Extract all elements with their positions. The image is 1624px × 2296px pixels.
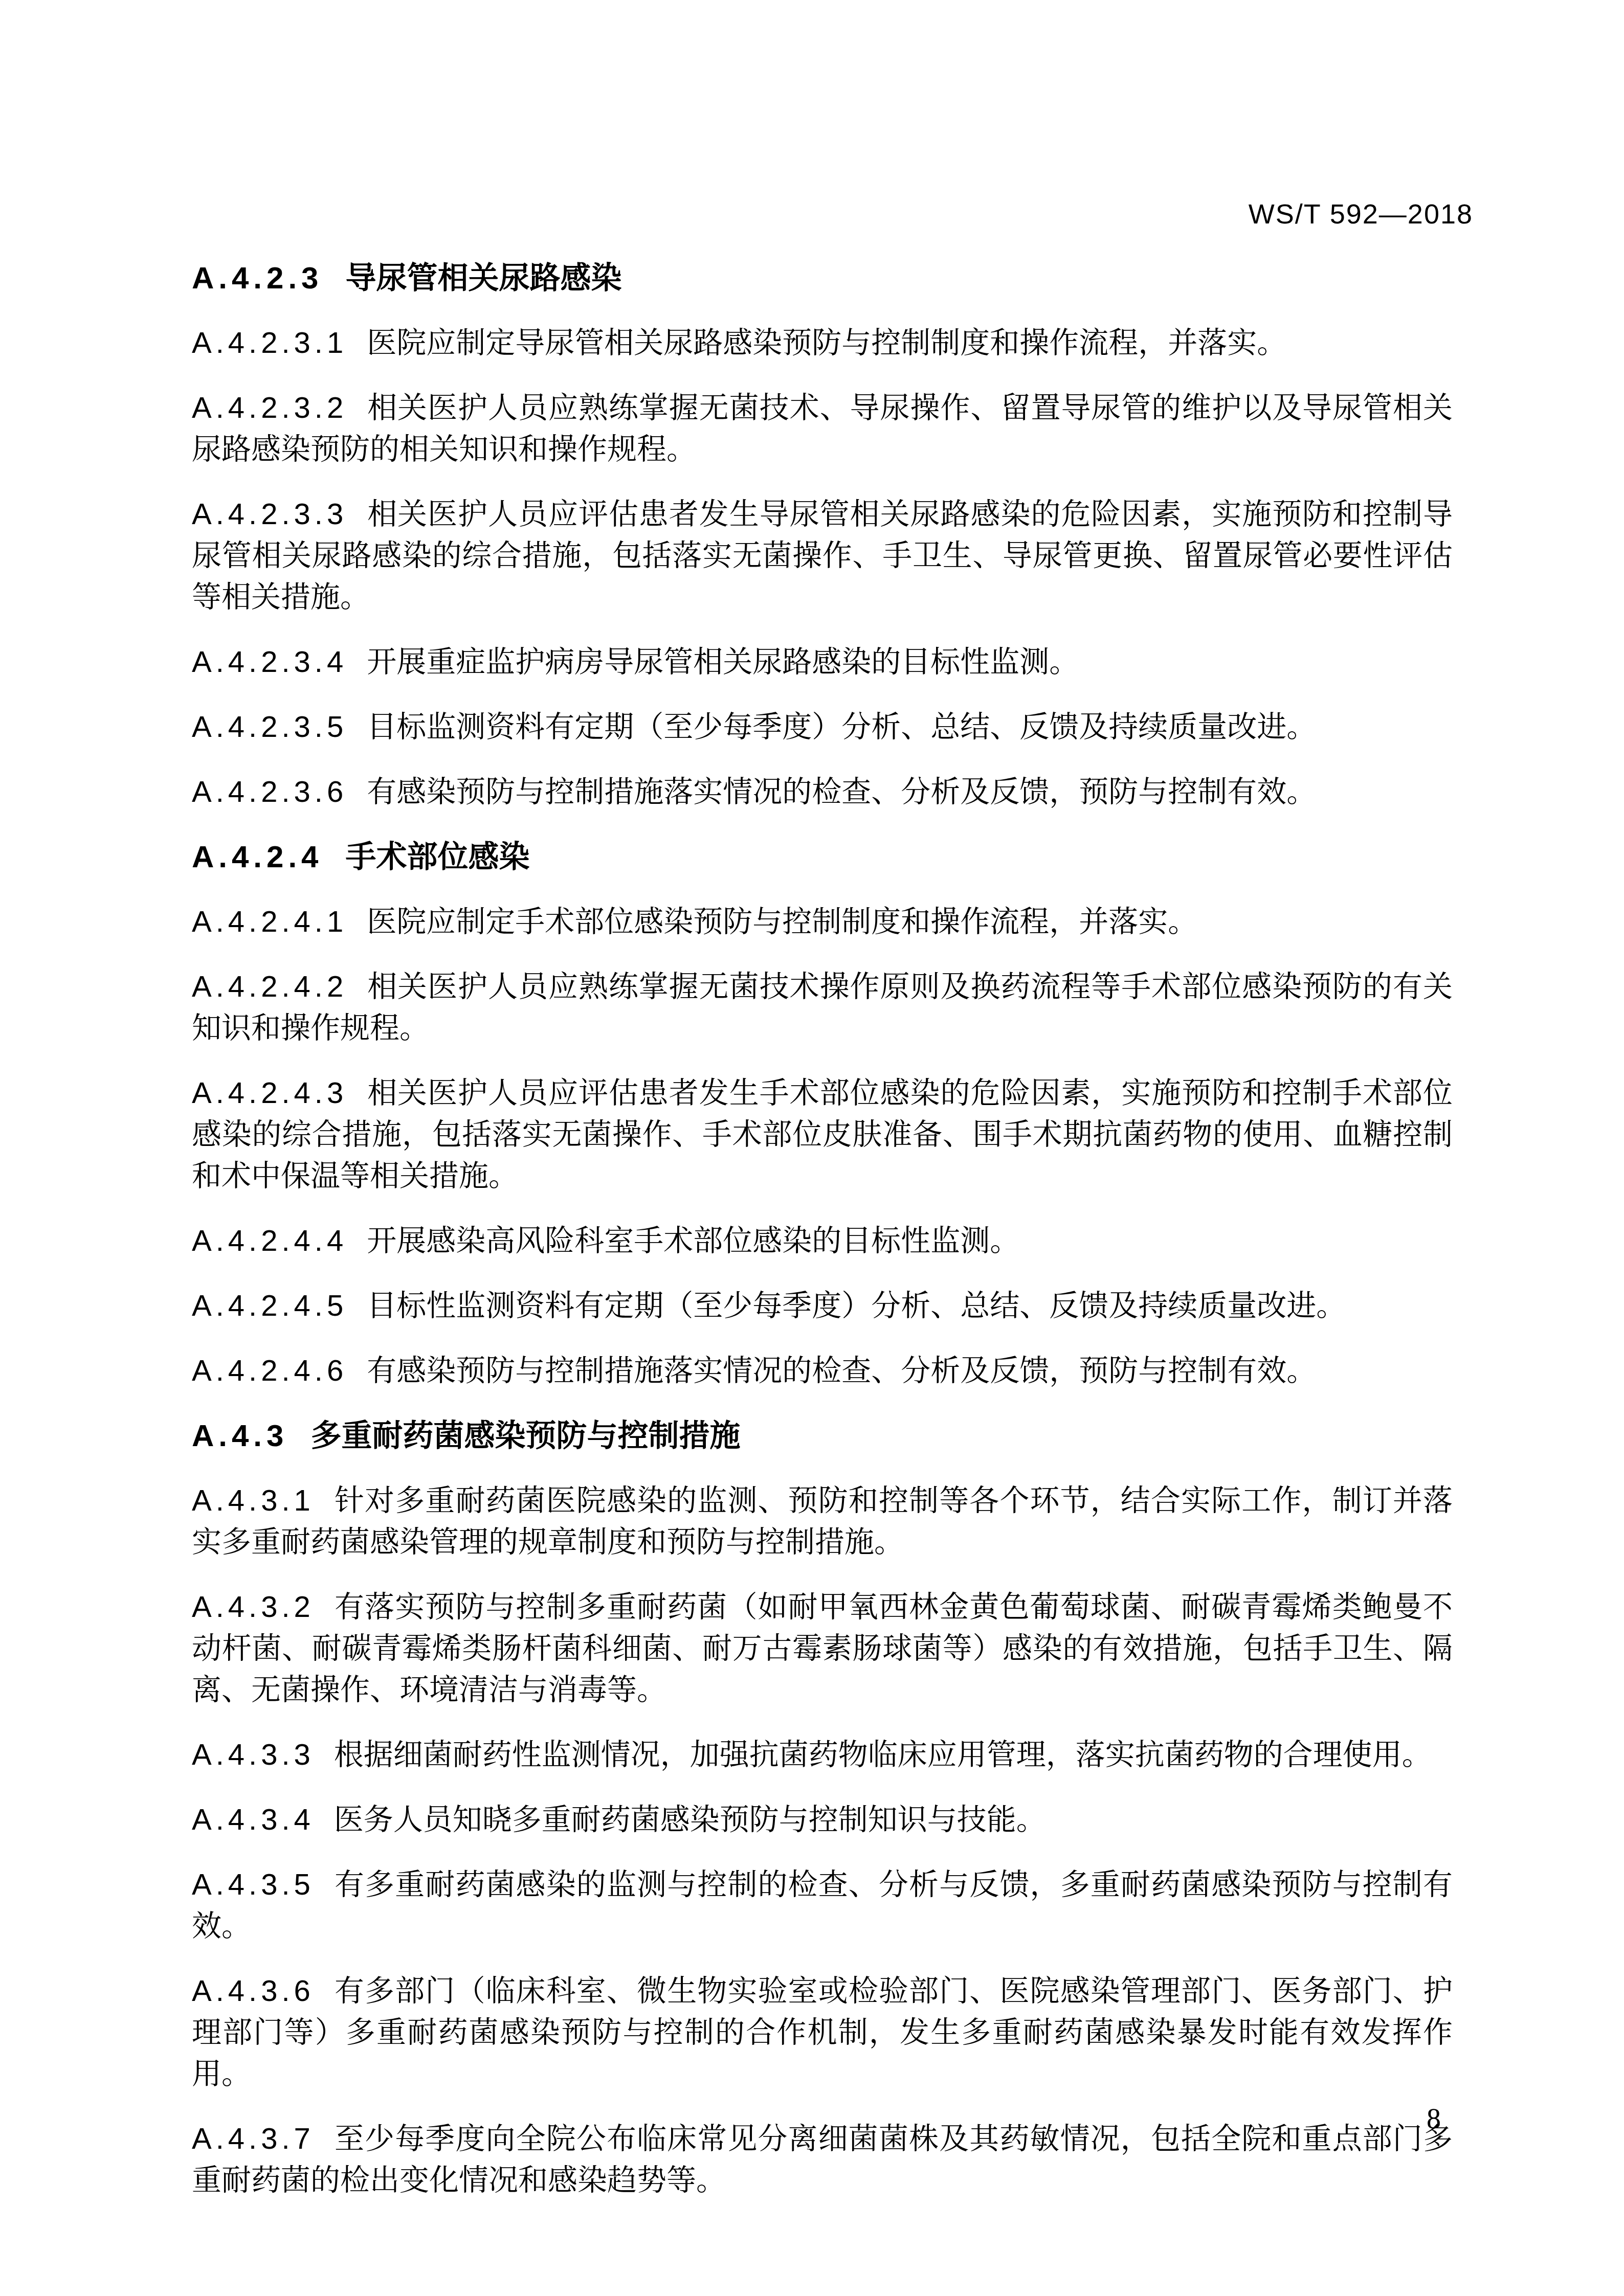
clause-number: A.4.3.1 [192, 1484, 315, 1517]
clause-text: 根据细菌耐药性监测情况，加强抗菌药物临床应用管理，落实抗菌药物的合理使用。 [334, 1738, 1432, 1771]
clause: A.4.2.4.2相关医护人员应熟练掌握无菌技术操作原则及换药流程等手术部位感染… [192, 966, 1453, 1049]
clause-number: A.4.2.4.1 [192, 905, 347, 938]
clause: A.4.2.4.4开展感染高风险科室手术部位感染的目标性监测。 [192, 1220, 1453, 1262]
clause-text: 相关医护人员应熟练掌握无菌技术操作原则及换药流程等手术部位感染预防的有关知识和操… [192, 970, 1453, 1045]
section-number: A.4.2.4 [192, 840, 323, 874]
standard-code-header: WS/T 592—2018 [0, 198, 1473, 230]
clause-text: 有多重耐药菌感染的监测与控制的检查、分析与反馈，多重耐药菌感染预防与控制有效。 [192, 1868, 1453, 1943]
clause-text: 有感染预防与控制措施落实情况的检查、分析及反馈，预防与控制有效。 [367, 1354, 1316, 1387]
section-heading: A.4.2.4手术部位感染 [192, 836, 1453, 877]
clause-text: 有落实预防与控制多重耐药菌（如耐甲氧西林金黄色葡萄球菌、耐碳青霉烯类鲍曼不动杆菌… [192, 1590, 1453, 1706]
clause-text: 相关医护人员应熟练掌握无菌技术、导尿操作、留置导尿管的维护以及导尿管相关尿路感染… [192, 391, 1453, 466]
clause-number: A.4.2.3.4 [192, 645, 347, 679]
section-title: 手术部位感染 [345, 840, 529, 874]
clause: A.4.2.4.6有感染预防与控制措施落实情况的检查、分析及反馈，预防与控制有效… [192, 1350, 1453, 1391]
clause-number: A.4.2.4.3 [192, 1076, 347, 1110]
section-heading: A.4.2.3导尿管相关尿路感染 [192, 257, 1453, 299]
clause-text: 医院应制定导尿管相关尿路感染预防与控制制度和操作流程，并落实。 [367, 326, 1286, 359]
clause-number: A.4.2.4.2 [192, 970, 347, 1003]
page-number: 8 [0, 2103, 1441, 2135]
clause-text: 相关医护人员应评估患者发生导尿管相关尿路感染的危险因素，实施预防和控制导尿管相关… [192, 498, 1453, 614]
clause: A.4.3.2有落实预防与控制多重耐药菌（如耐甲氧西林金黄色葡萄球菌、耐碳青霉烯… [192, 1586, 1453, 1710]
clause-text: 目标监测资料有定期（至少每季度）分析、总结、反馈及持续质量改进。 [367, 710, 1316, 744]
clause-text: 开展感染高风险科室手术部位感染的目标性监测。 [367, 1224, 1019, 1257]
clause-number: A.4.2.3.3 [192, 498, 347, 531]
document-body: A.4.2.3导尿管相关尿路感染 A.4.2.3.1医院应制定导尿管相关尿路感染… [192, 257, 1453, 2224]
clause-number: A.4.3.4 [192, 1803, 315, 1836]
clause: A.4.2.3.1医院应制定导尿管相关尿路感染预防与控制制度和操作流程，并落实。 [192, 322, 1453, 364]
clause: A.4.3.1针对多重耐药菌医院感染的监测、预防和控制等各个环节，结合实际工作，… [192, 1480, 1453, 1563]
clause-number: A.4.3.2 [192, 1590, 315, 1624]
clause-text: 相关医护人员应评估患者发生手术部位感染的危险因素，实施预防和控制手术部位感染的综… [192, 1076, 1453, 1192]
clause-number: A.4.2.3.6 [192, 775, 347, 808]
section-heading: A.4.3多重耐药菌感染预防与控制措施 [192, 1415, 1453, 1456]
clause-number: A.4.2.3.2 [192, 391, 347, 424]
clause-text: 有多部门（临床科室、微生物实验室或检验部门、医院感染管理部门、医务部门、护理部门… [192, 1974, 1453, 2090]
clause: A.4.2.4.3相关医护人员应评估患者发生手术部位感染的危险因素，实施预防和控… [192, 1072, 1453, 1197]
clause-text: 医务人员知晓多重耐药菌感染预防与控制知识与技能。 [334, 1803, 1046, 1836]
clause-text: 开展重症监护病房导尿管相关尿路感染的目标性监测。 [367, 645, 1079, 679]
clause: A.4.2.3.4开展重症监护病房导尿管相关尿路感染的目标性监测。 [192, 641, 1453, 683]
clause: A.4.2.3.3相关医护人员应评估患者发生导尿管相关尿路感染的危险因素，实施预… [192, 493, 1453, 618]
clause: A.4.3.3根据细菌耐药性监测情况，加强抗菌药物临床应用管理，落实抗菌药物的合… [192, 1734, 1453, 1775]
clause: A.4.2.3.2相关医护人员应熟练掌握无菌技术、导尿操作、留置导尿管的维护以及… [192, 387, 1453, 470]
clause: A.4.2.4.5目标性监测资料有定期（至少每季度）分析、总结、反馈及持续质量改… [192, 1285, 1453, 1326]
clause-text: 目标性监测资料有定期（至少每季度）分析、总结、反馈及持续质量改进。 [367, 1289, 1346, 1322]
clause: A.4.3.4医务人员知晓多重耐药菌感染预防与控制知识与技能。 [192, 1799, 1453, 1840]
clause-number: A.4.3.6 [192, 1974, 315, 2008]
clause: A.4.2.3.5目标监测资料有定期（至少每季度）分析、总结、反馈及持续质量改进… [192, 706, 1453, 748]
document-page: WS/T 592—2018 A.4.2.3导尿管相关尿路感染 A.4.2.3.1… [0, 0, 1624, 2296]
clause-number: A.4.2.4.6 [192, 1354, 347, 1387]
clause-text: 针对多重耐药菌医院感染的监测、预防和控制等各个环节，结合实际工作，制订并落实多重… [192, 1484, 1453, 1559]
clause-number: A.4.2.4.5 [192, 1289, 347, 1322]
clause-number: A.4.2.4.4 [192, 1224, 347, 1257]
clause-number: A.4.2.3.1 [192, 326, 347, 359]
clause-number: A.4.2.3.5 [192, 710, 347, 744]
clause-text: 有感染预防与控制措施落实情况的检查、分析及反馈，预防与控制有效。 [367, 775, 1316, 808]
section-title: 多重耐药菌感染预防与控制措施 [310, 1419, 740, 1453]
clause-number: A.4.3.3 [192, 1738, 315, 1771]
clause: A.4.2.3.6有感染预防与控制措施落实情况的检查、分析及反馈，预防与控制有效… [192, 771, 1453, 813]
section-number: A.4.2.3 [192, 261, 323, 295]
clause: A.4.3.6有多部门（临床科室、微生物实验室或检验部门、医院感染管理部门、医务… [192, 1970, 1453, 2095]
section-number: A.4.3 [192, 1419, 288, 1453]
section-title: 导尿管相关尿路感染 [345, 261, 621, 295]
clause: A.4.3.5有多重耐药菌感染的监测与控制的检查、分析与反馈，多重耐药菌感染预防… [192, 1864, 1453, 1947]
clause: A.4.2.4.1医院应制定手术部位感染预防与控制制度和操作流程，并落实。 [192, 901, 1453, 942]
clause-text: 医院应制定手术部位感染预防与控制制度和操作流程，并落实。 [367, 905, 1197, 938]
clause-number: A.4.3.5 [192, 1868, 315, 1901]
